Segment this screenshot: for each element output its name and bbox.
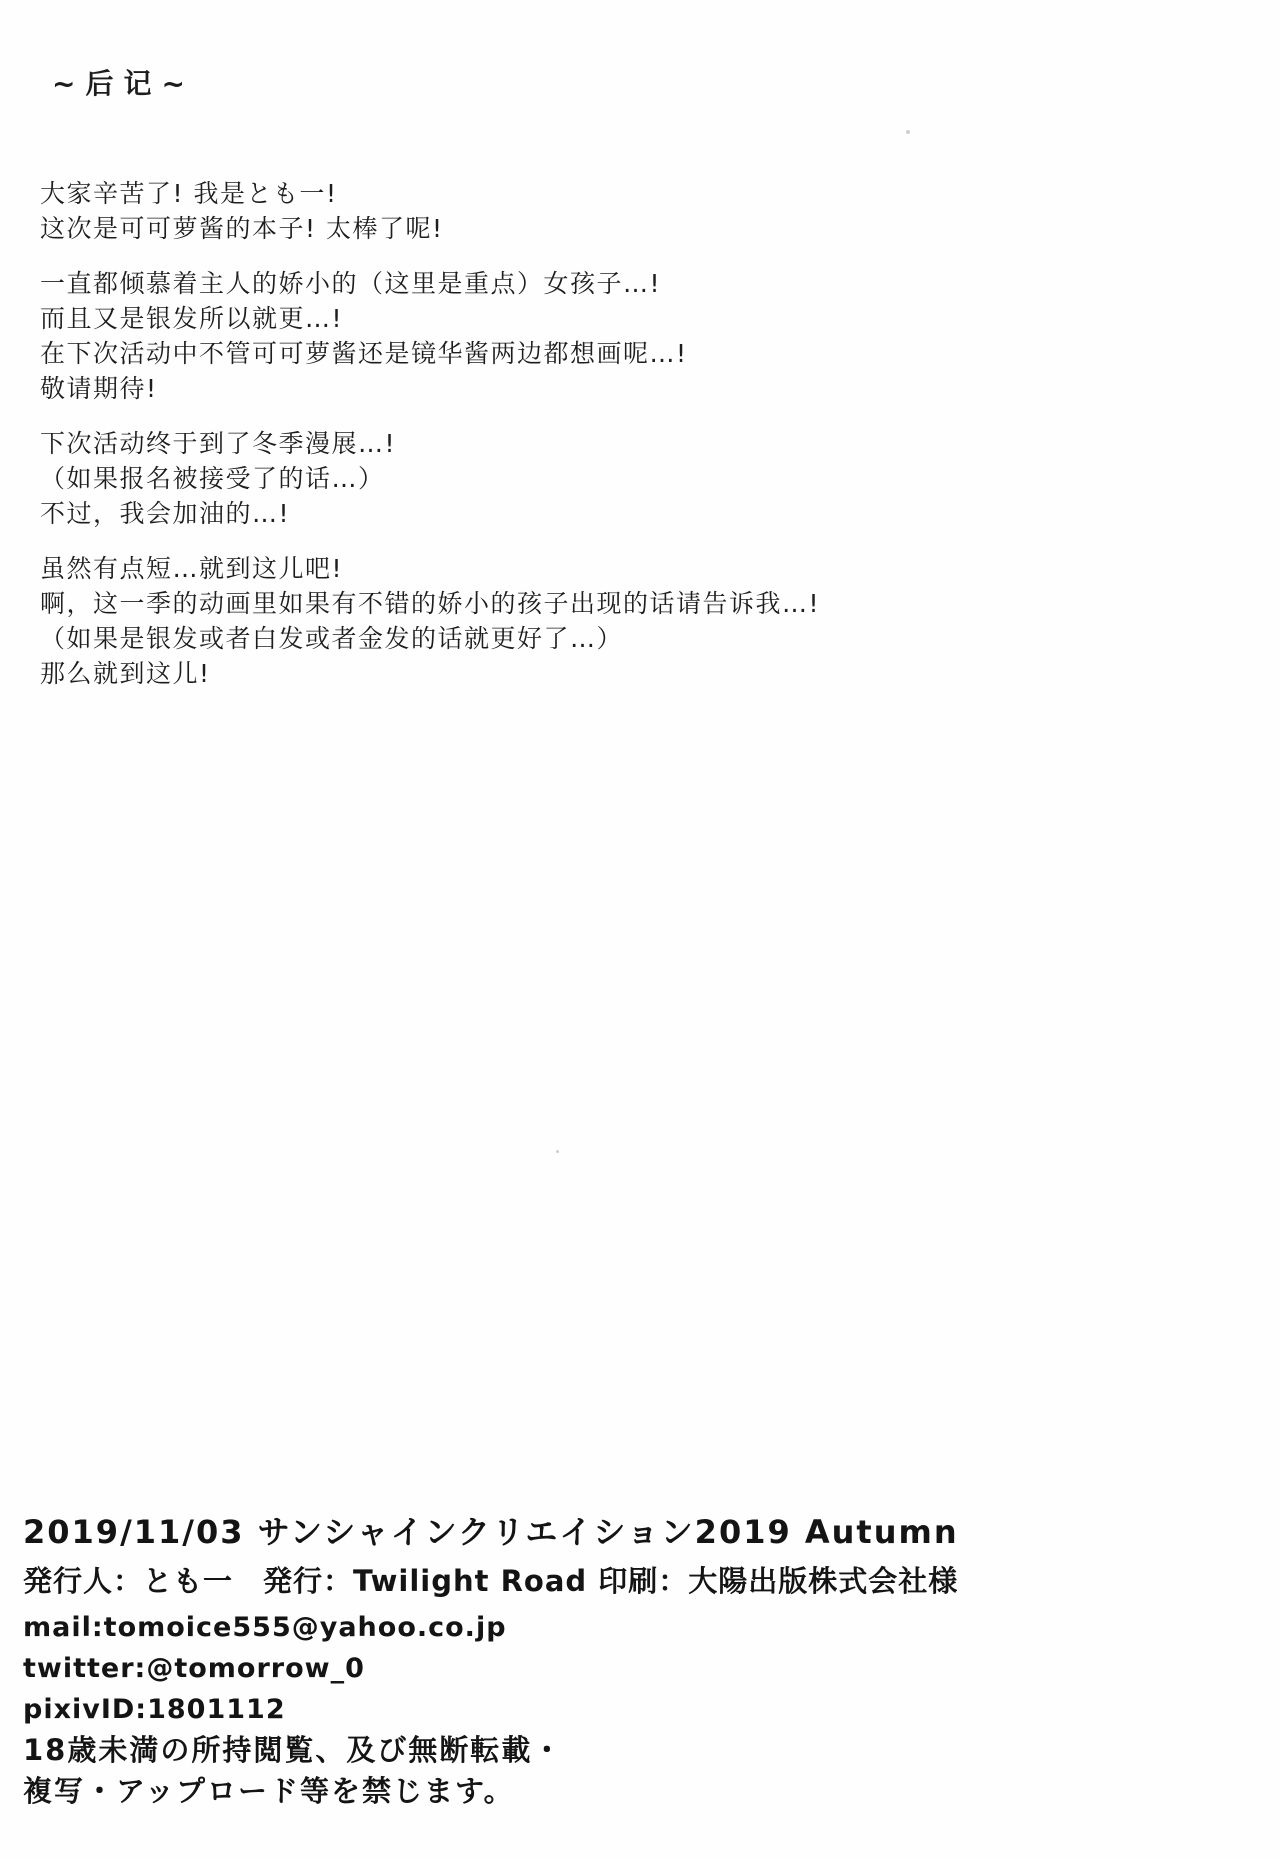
afterword-line: （如果是银发或者白发或者金发的话就更好了…） [40,621,1220,656]
age-notice-line: 18歳未満の所持閲覧、及び無断転載・ [23,1730,1253,1771]
colophon: 2019/11/03 サンシャインクリエイション2019 Autumn 発行人：… [23,1510,1253,1812]
afterword-line: 大家辛苦了! 我是とも一! [40,176,1220,211]
afterword-line: 而且又是银发所以就更…! [40,301,1220,336]
paragraph-closing: 虽然有点短…就到这儿吧! 啊，这一季的动画里如果有不错的娇小的孩子出现的话请告诉… [40,551,1220,691]
afterword-line: 一直都倾慕着主人的娇小的（这里是重点）女孩子…! [40,266,1220,301]
scan-speck [906,130,910,134]
mail-address-line: mail:tomoice555@yahoo.co.jp [23,1607,1253,1648]
pixiv-id-line: pixivID:1801112 [23,1689,1253,1730]
page-title: ~后记~ [52,62,195,102]
event-date-line: 2019/11/03 サンシャインクリエイション2019 Autumn [23,1510,1253,1555]
afterword-line: 不过，我会加油的…! [40,496,1220,531]
scan-speck [556,1150,559,1153]
afterword-line: 下次活动终于到了冬季漫展…! [40,426,1220,461]
afterword-line: 啊，这一季的动画里如果有不错的娇小的孩子出现的话请告诉我…! [40,586,1220,621]
afterword-page: ~后记~ 大家辛苦了! 我是とも一! 这次是可可萝酱的本子! 太棒了呢! 一直都… [0,0,1280,1859]
paragraph-character: 一直都倾慕着主人的娇小的（这里是重点）女孩子…! 而且又是银发所以就更…! 在下… [40,266,1220,406]
afterword-line: 这次是可可萝酱的本子! 太棒了呢! [40,211,1220,246]
afterword-body: 大家辛苦了! 我是とも一! 这次是可可萝酱的本子! 太棒了呢! 一直都倾慕着主人… [40,176,1220,711]
afterword-line: 在下次活动中不管可可萝酱还是镜华酱两边都想画呢…! [40,336,1220,371]
afterword-line: 虽然有点短…就到这儿吧! [40,551,1220,586]
publisher-line: 発行人：とも一 発行：Twilight Road 印刷：大陽出版株式会社様 [23,1555,1253,1607]
afterword-line: 那么就到这儿! [40,656,1220,691]
paragraph-next-event: 下次活动终于到了冬季漫展…! （如果报名被接受了的话…） 不过，我会加油的…! [40,426,1220,531]
afterword-line: 敬请期待! [40,371,1220,406]
twitter-handle-line: twitter:@tomorrow_0 [23,1648,1253,1689]
paragraph-greeting: 大家辛苦了! 我是とも一! 这次是可可萝酱的本子! 太棒了呢! [40,176,1220,246]
afterword-line: （如果报名被接受了的话…） [40,461,1220,496]
copy-notice-line: 複写・アップロード等を禁じます。 [23,1771,1253,1812]
